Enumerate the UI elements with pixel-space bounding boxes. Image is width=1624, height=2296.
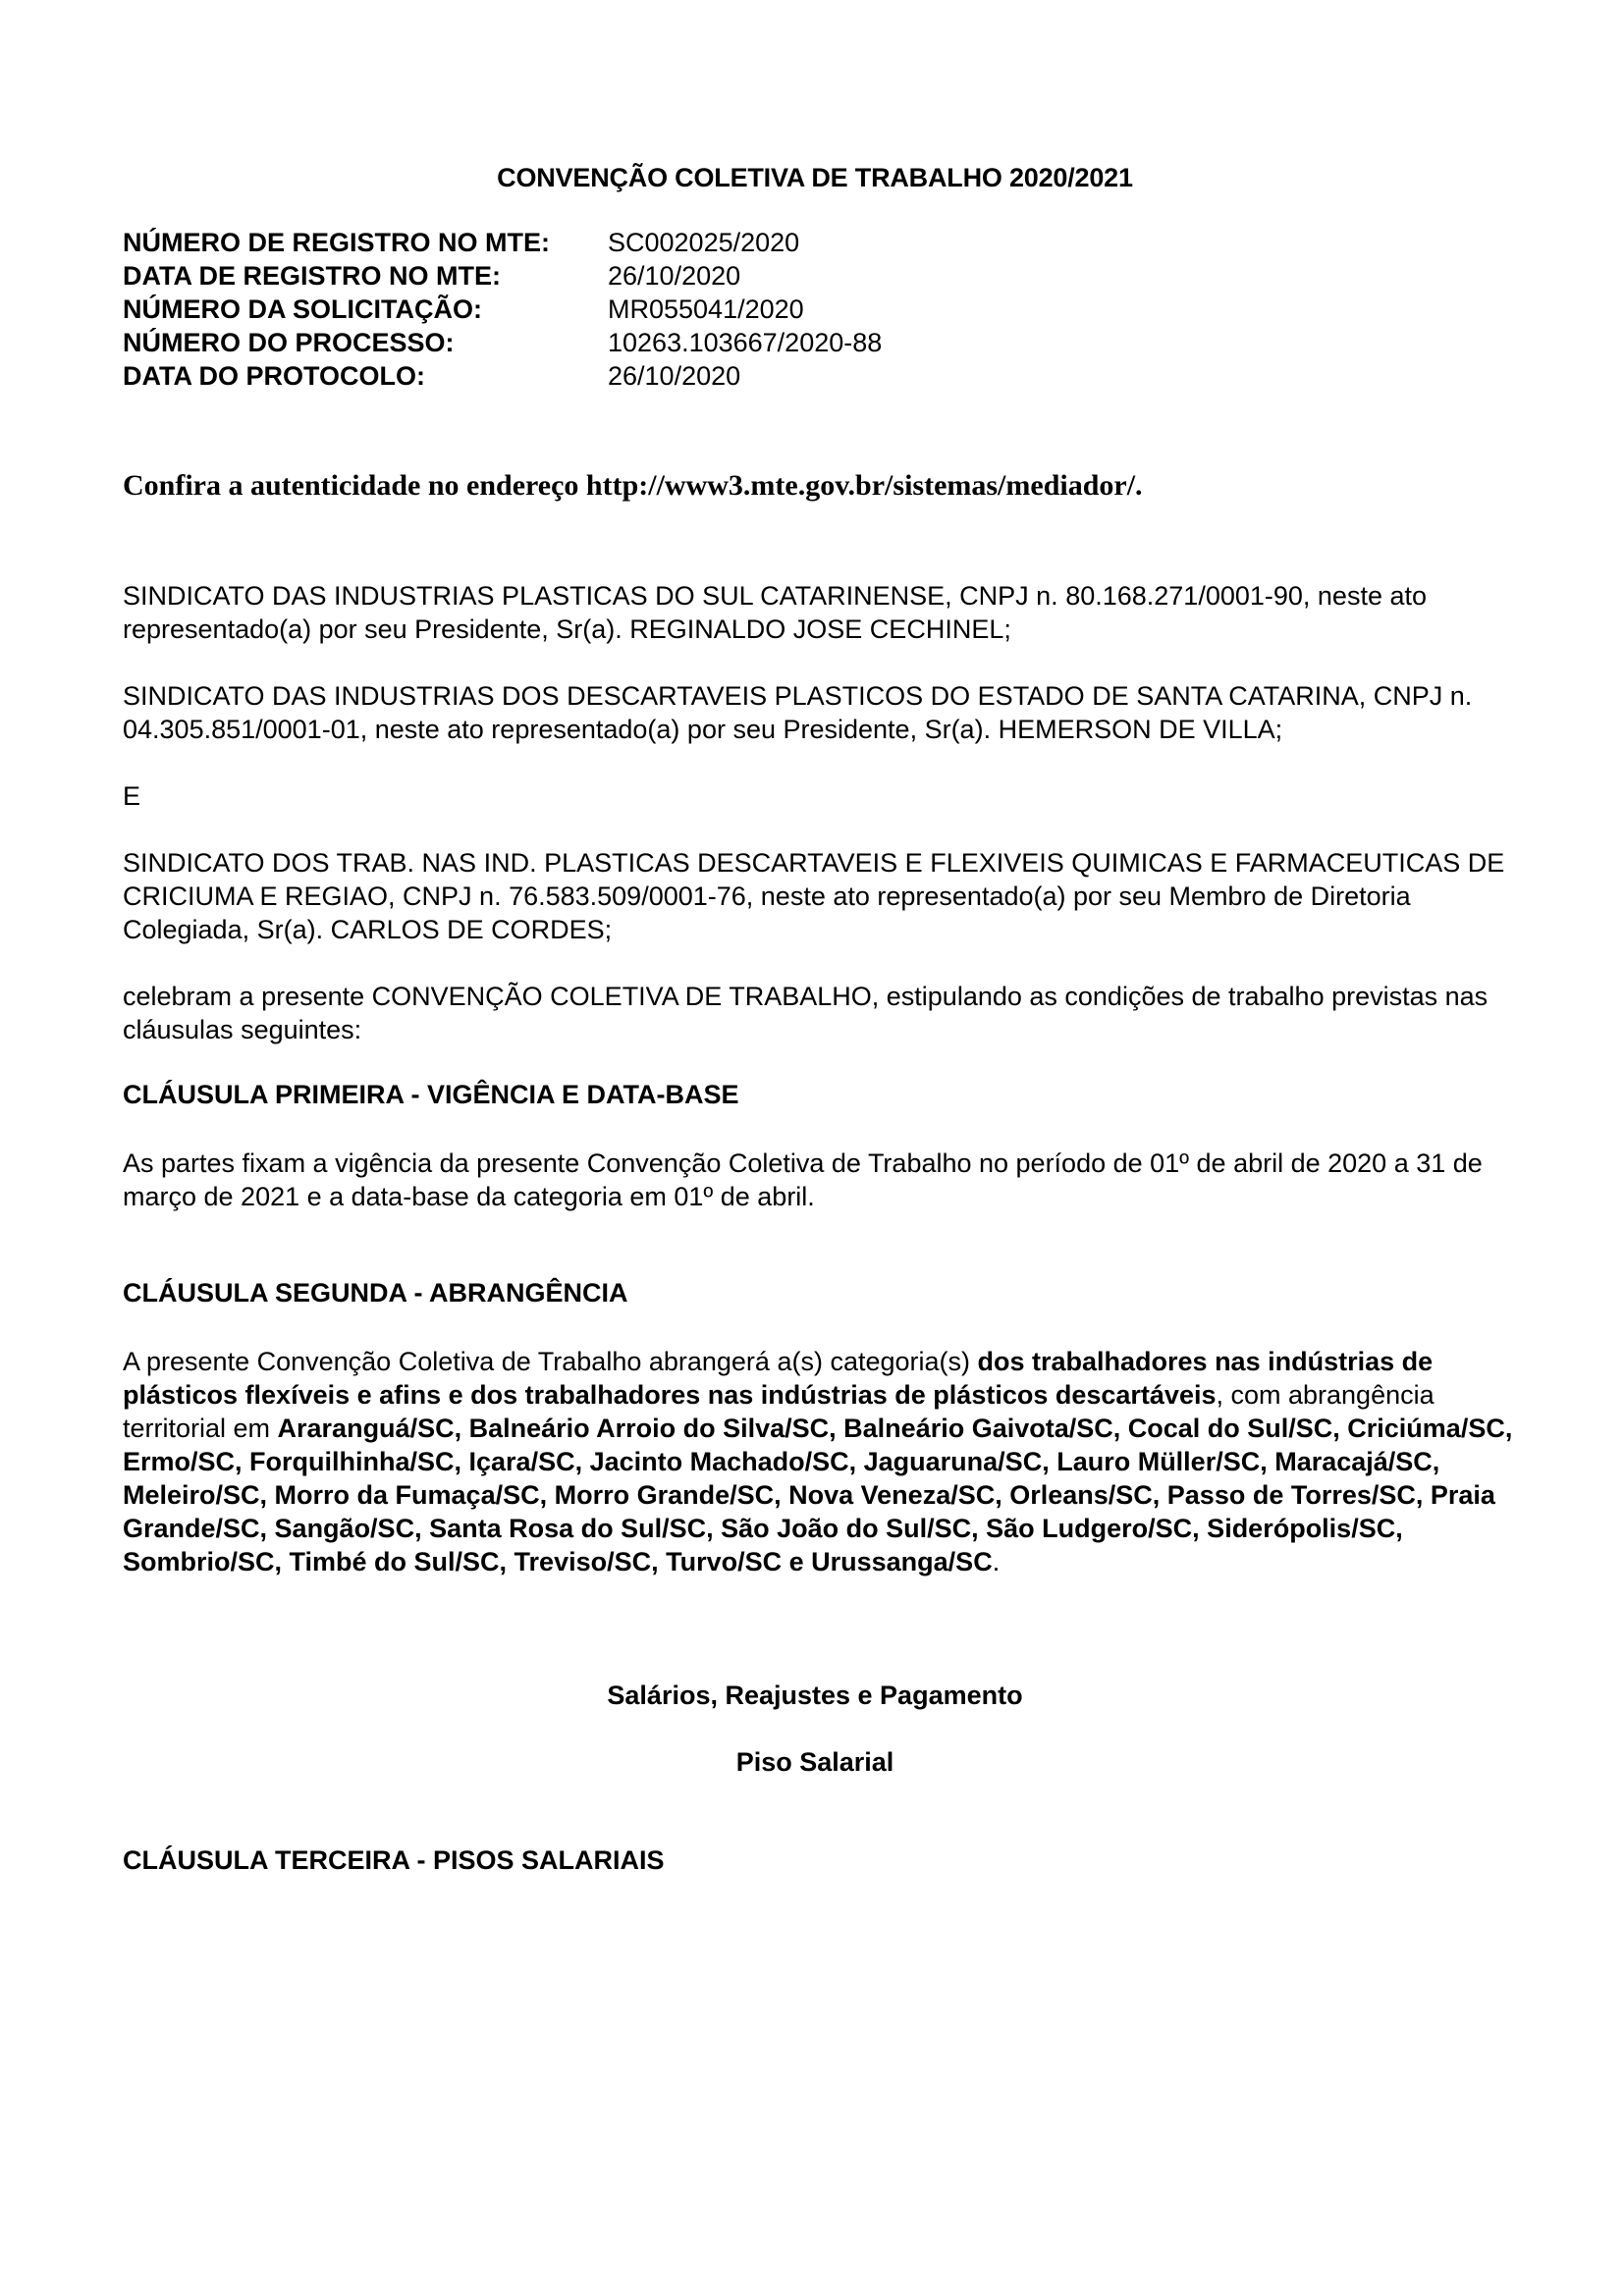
clause-2-text: A presente Convenção Coletiva de Trabalh… — [123, 1345, 1517, 1578]
registration-row: DATA DE REGISTRO NO MTE: 26/10/2020 — [123, 259, 882, 293]
clause-1-text: As partes fixam a vigência da presente C… — [123, 1147, 1517, 1213]
clause-1-body: As partes fixam a vigência da presente C… — [123, 1147, 1517, 1213]
clause-1-heading: CLÁUSULA PRIMEIRA - VIGÊNCIA E DATA-BASE — [123, 1080, 739, 1110]
registration-number-value: SC002025/2020 — [608, 226, 799, 259]
section-heading-salaries: Salários, Reajustes e Pagamento — [123, 1681, 1507, 1711]
clause-2-body: A presente Convenção Coletiva de Trabalh… — [123, 1345, 1517, 1578]
registration-date-label: DATA DE REGISTRO NO MTE: — [123, 259, 608, 293]
party-text: SINDICATO DAS INDUSTRIAS DOS DESCARTAVEI… — [123, 679, 1517, 746]
subsection-heading-floor-wage: Piso Salarial — [123, 1747, 1507, 1778]
registration-row: NÚMERO DE REGISTRO NO MTE: SC002025/2020 — [123, 226, 882, 259]
process-number-value: 10263.103667/2020-88 — [608, 326, 882, 359]
registration-date-value: 26/10/2020 — [608, 259, 740, 293]
request-number-value: MR055041/2020 — [608, 293, 804, 326]
party-conjunction: E — [123, 779, 1517, 813]
clause-2-territories: Araranguá/SC, Balneário Arroio do Silva/… — [123, 1414, 1512, 1576]
conjunction-text: E — [123, 779, 1517, 813]
party-employer-2: SINDICATO DAS INDUSTRIAS DOS DESCARTAVEI… — [123, 679, 1517, 746]
party-union: SINDICATO DOS TRAB. NAS IND. PLASTICAS D… — [123, 846, 1517, 946]
protocol-date-label: DATA DO PROTOCOLO: — [123, 359, 608, 393]
protocol-date-value: 26/10/2020 — [608, 359, 740, 393]
clause-2-heading: CLÁUSULA SEGUNDA - ABRANGÊNCIA — [123, 1278, 628, 1308]
clause-2-end: . — [993, 1547, 1001, 1576]
preamble-text: celebram a presente CONVENÇÃO COLETIVA D… — [123, 980, 1517, 1046]
registration-row: NÚMERO DO PROCESSO: 10263.103667/2020-88 — [123, 326, 882, 359]
party-text: SINDICATO DAS INDUSTRIAS PLASTICAS DO SU… — [123, 579, 1517, 646]
registration-number-label: NÚMERO DE REGISTRO NO MTE: — [123, 226, 608, 259]
registration-row: NÚMERO DA SOLICITAÇÃO: MR055041/2020 — [123, 293, 882, 326]
clause-3-heading: CLÁUSULA TERCEIRA - PISOS SALARIAIS — [123, 1845, 665, 1876]
clause-2-intro: A presente Convenção Coletiva de Trabalh… — [123, 1347, 978, 1376]
process-number-label: NÚMERO DO PROCESSO: — [123, 326, 608, 359]
document-title: CONVENÇÃO COLETIVA DE TRABALHO 2020/2021 — [123, 163, 1507, 193]
authenticity-note: Confira a autenticidade no endereço http… — [123, 469, 1143, 503]
preamble: celebram a presente CONVENÇÃO COLETIVA D… — [123, 980, 1517, 1046]
party-employer-1: SINDICATO DAS INDUSTRIAS PLASTICAS DO SU… — [123, 579, 1517, 646]
registration-info: NÚMERO DE REGISTRO NO MTE: SC002025/2020… — [123, 226, 882, 393]
registration-row: DATA DO PROTOCOLO: 26/10/2020 — [123, 359, 882, 393]
party-text: SINDICATO DOS TRAB. NAS IND. PLASTICAS D… — [123, 846, 1517, 946]
request-number-label: NÚMERO DA SOLICITAÇÃO: — [123, 293, 608, 326]
